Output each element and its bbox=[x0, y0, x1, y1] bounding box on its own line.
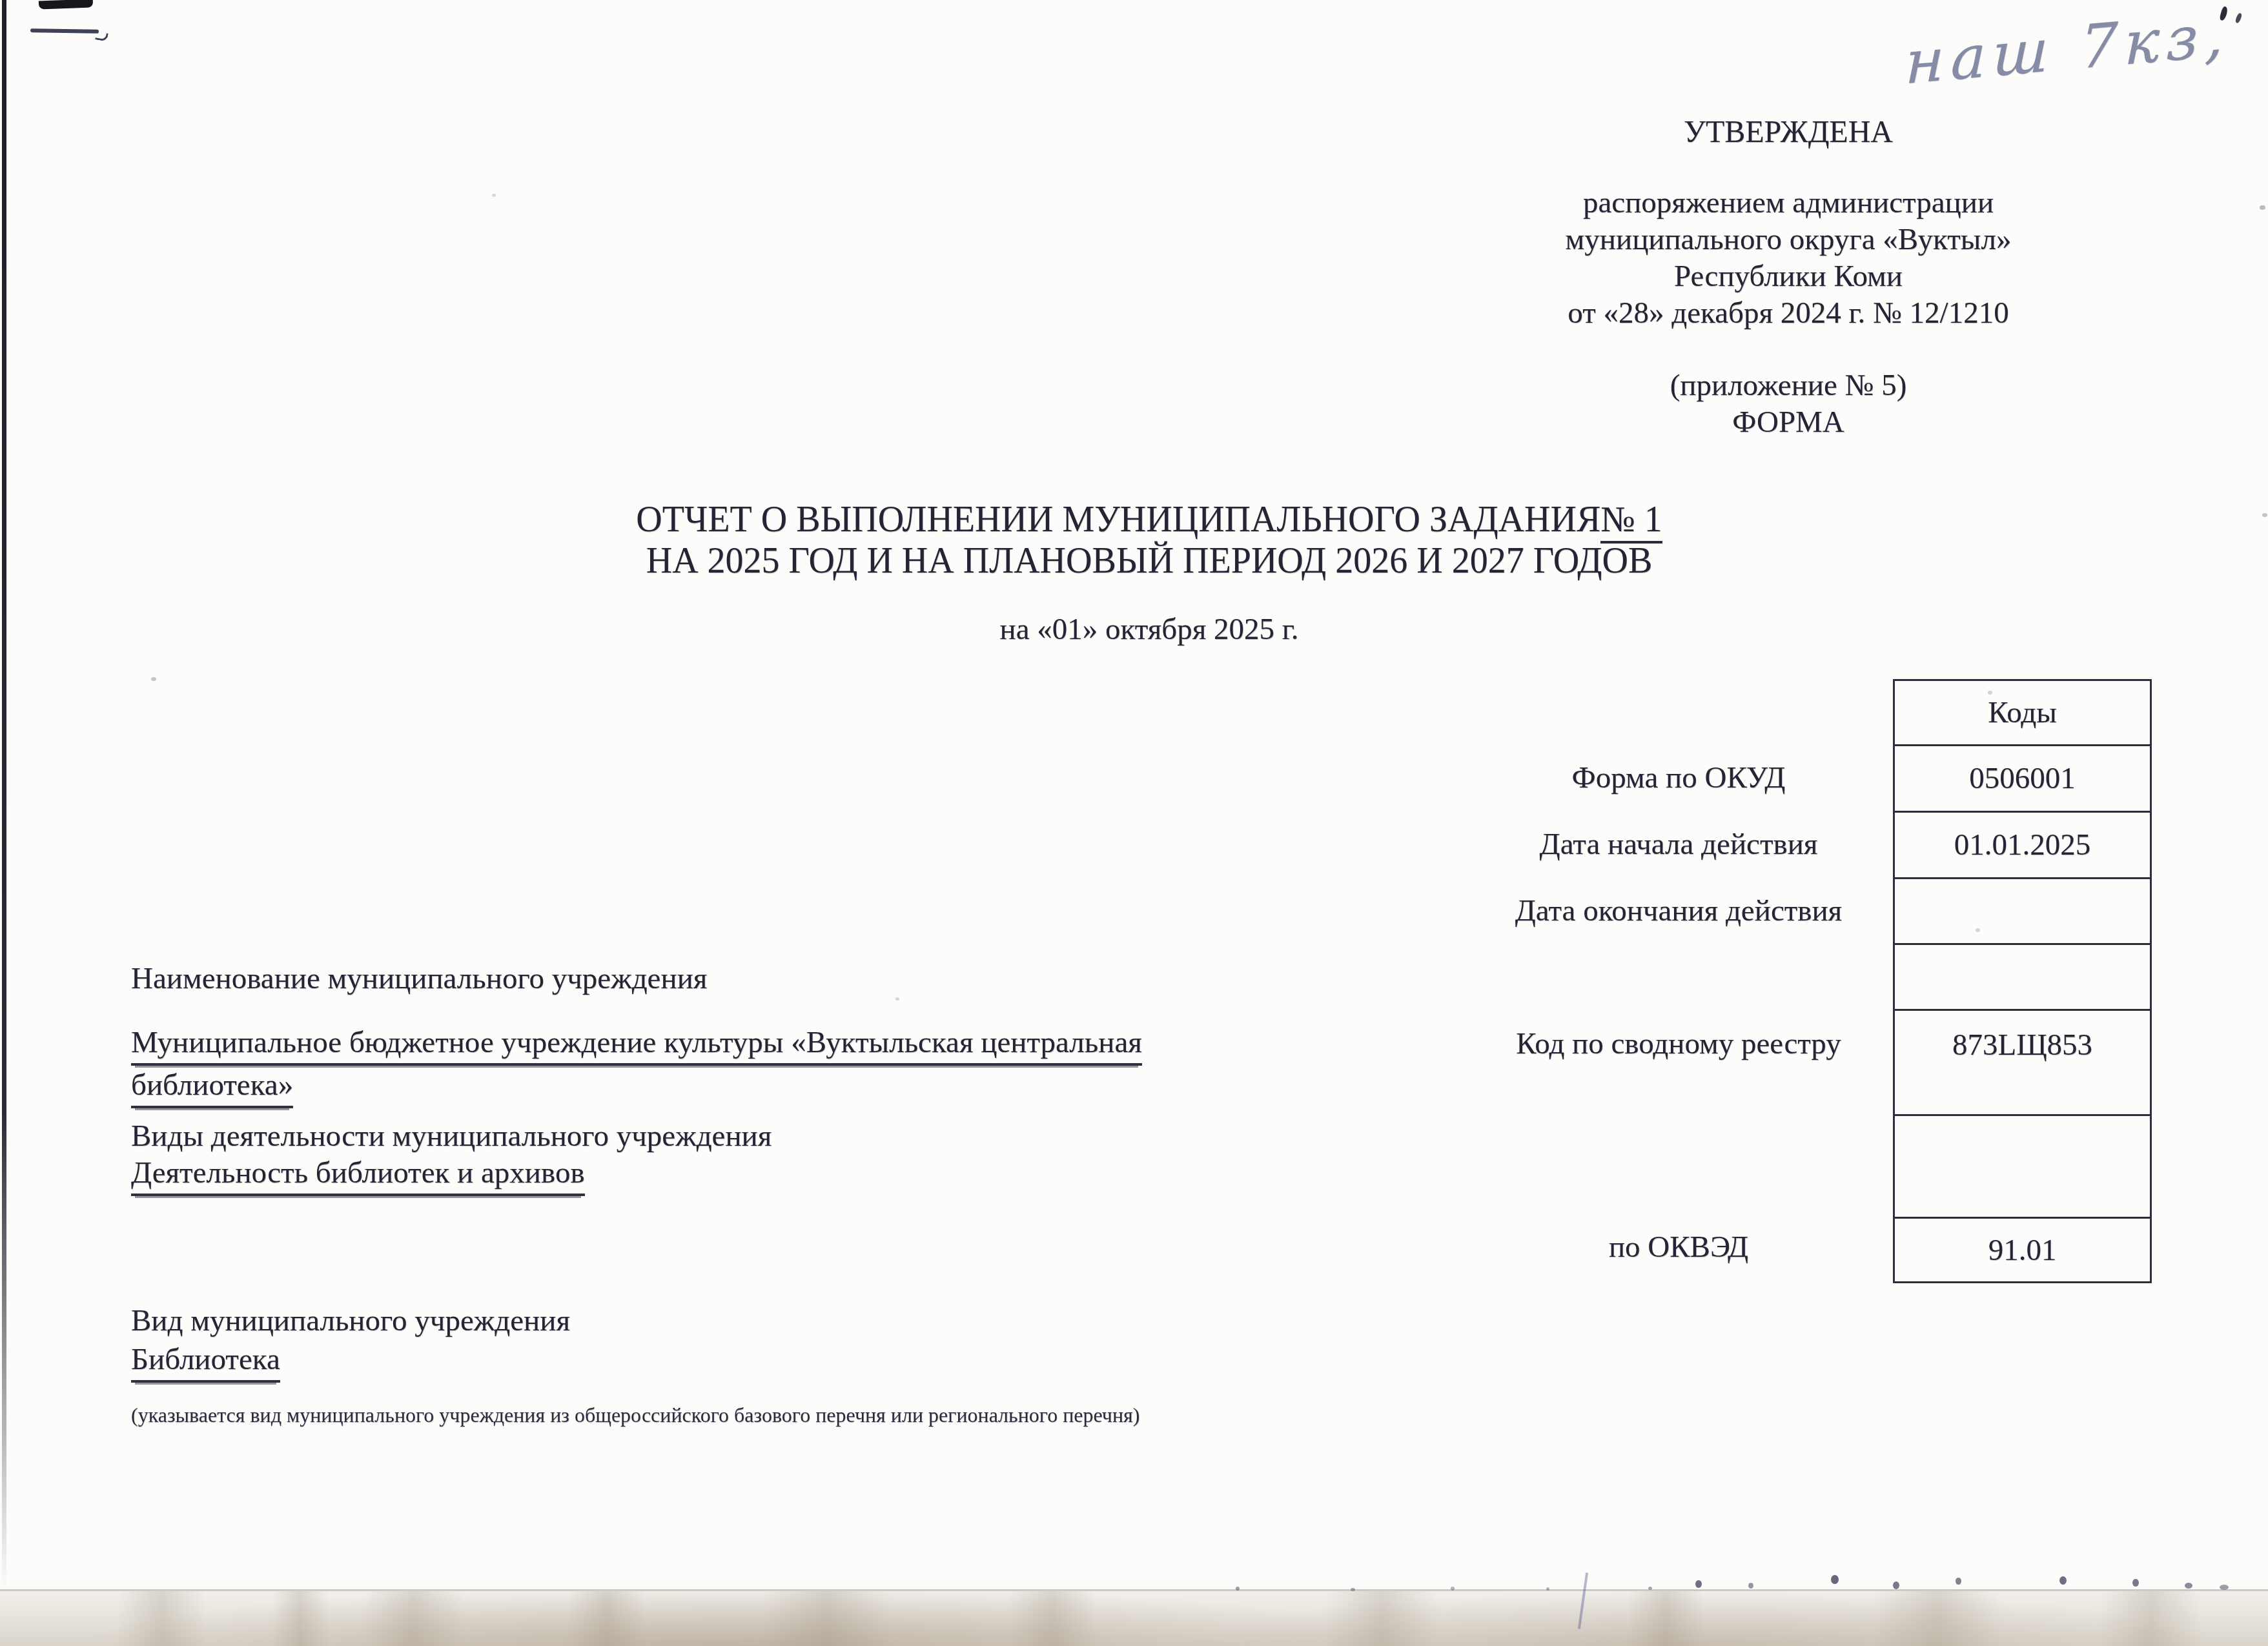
empty-cell bbox=[1895, 1114, 2150, 1217]
scan-speckle bbox=[2260, 205, 2265, 210]
label-registry-code: Код по сводному реестру bbox=[1395, 1025, 1963, 1062]
scan-speckle bbox=[895, 997, 899, 1001]
scan-speckle bbox=[1976, 928, 1980, 932]
activity-section: Виды деятельности муниципального учрежде… bbox=[131, 1118, 771, 1192]
okved-value-cell: 91.01 bbox=[1895, 1217, 2150, 1281]
type-value-text: Библиотека bbox=[131, 1343, 280, 1383]
scan-speckle bbox=[151, 677, 156, 681]
scan-streak bbox=[1627, 1591, 1704, 1646]
scan-speckle bbox=[1831, 1575, 1839, 1584]
scan-streak bbox=[362, 1591, 465, 1646]
handwritten-note: наш 7кз, bbox=[1905, 0, 2268, 97]
title-line-2: НА 2025 ГОД И НА ПЛАНОВЫЙ ПЕРИОД 2026 И … bbox=[439, 540, 1859, 582]
scan-speckle bbox=[1546, 1587, 1549, 1590]
report-date-line: на «01» октября 2025 г. bbox=[439, 611, 1859, 648]
registry-code-value-cell: 873LЩ853 bbox=[1895, 1009, 2150, 1114]
scan-speckle bbox=[1893, 1581, 1899, 1589]
scan-streak bbox=[271, 1591, 329, 1646]
activity-value-text: Деятельность библиотек и архивов bbox=[131, 1156, 585, 1196]
title-text: ОТЧЕТ О ВЫПОЛНЕНИИ МУНИЦИПАЛЬНОГО ЗАДАНИ… bbox=[636, 500, 1600, 540]
activity-value: Деятельность библиотек и архивов bbox=[131, 1155, 771, 1192]
codes-header-cell: Коды bbox=[1895, 681, 2150, 744]
scan-streak bbox=[2098, 1591, 2202, 1646]
scan-speckle bbox=[1748, 1583, 1753, 1589]
scan-speckle bbox=[1236, 1587, 1240, 1590]
type-label: Вид муниципального учреждения bbox=[131, 1301, 570, 1340]
scan-streak bbox=[568, 1591, 646, 1646]
approval-order-line: Республики Коми bbox=[1356, 258, 2221, 295]
label-date-start: Дата начала действия bbox=[1395, 826, 1963, 863]
type-value: Библиотека bbox=[131, 1340, 570, 1379]
appendix-line: (приложение № 5) bbox=[1356, 367, 2221, 404]
approved-stamp-text: УТВЕРЖДЕНА bbox=[1356, 114, 2221, 150]
scan-streak bbox=[1323, 1591, 1440, 1646]
label-okved: по ОКВЭД bbox=[1395, 1228, 1963, 1266]
label-form-okud: Форма по ОКУД bbox=[1395, 759, 1963, 797]
scan-edge-line bbox=[2, 0, 6, 1590]
type-footnote: (указывается вид муниципального учрежден… bbox=[131, 1401, 1139, 1428]
approval-block: УТВЕРЖДЕНА распоряжением администрации м… bbox=[1356, 114, 2221, 441]
codes-table: Коды 0506001 01.01.2025 873LЩ853 91.01 bbox=[1893, 679, 2152, 1283]
empty-cell bbox=[1895, 943, 2150, 1009]
form-label: ФОРМА bbox=[1356, 404, 2221, 441]
scan-speckle bbox=[2185, 1583, 2192, 1589]
scan-streak bbox=[1872, 1591, 2001, 1646]
scan-streak bbox=[116, 1591, 207, 1646]
scan-streak bbox=[762, 1591, 891, 1646]
scan-speckle bbox=[2059, 1576, 2067, 1585]
institution-name-label: Наименование муниципального учреждения bbox=[131, 960, 707, 997]
scan-speckle bbox=[2220, 1585, 2229, 1590]
scan-speckle bbox=[2262, 513, 2267, 517]
approval-order-line: распоряжением администрации bbox=[1356, 185, 2221, 221]
scan-speckle bbox=[1648, 1587, 1652, 1590]
institution-name: Муниципальное бюджетное учреждение культ… bbox=[131, 1021, 1300, 1106]
date-end-value-cell bbox=[1895, 877, 2150, 943]
pen-dash-mark bbox=[30, 28, 99, 34]
okud-value-cell: 0506001 bbox=[1895, 744, 2150, 811]
scan-speckle bbox=[1988, 691, 1992, 695]
scan-speckle bbox=[2132, 1579, 2139, 1587]
title-line-1: ОТЧЕТ О ВЫПОЛНЕНИИ МУНИЦИПАЛЬНОГО ЗАДАНИ… bbox=[439, 499, 1859, 540]
label-date-end: Дата окончания действия bbox=[1395, 892, 1963, 930]
scan-speckle bbox=[1695, 1580, 1702, 1588]
approval-order-line: от «28» декабря 2024 г. № 12/1210 bbox=[1356, 295, 2221, 332]
scan-speckle bbox=[1351, 1588, 1355, 1591]
scan-speckle bbox=[1956, 1578, 1961, 1585]
type-section: Вид муниципального учреждения Библиотека bbox=[131, 1301, 570, 1379]
approval-order-line: муниципального округа «Вуктыл» bbox=[1356, 221, 2221, 258]
document-title: ОТЧЕТ О ВЫПОЛНЕНИИ МУНИЦИПАЛЬНОГО ЗАДАНИ… bbox=[439, 499, 1859, 582]
task-number: № 1 bbox=[1600, 500, 1662, 544]
scan-speckle bbox=[492, 194, 496, 197]
ink-mark-top-left bbox=[39, 0, 93, 9]
scan-streak bbox=[1007, 1591, 1098, 1646]
scanned-report-page: наш 7кз, УТВЕРЖДЕНА распоряжением админи… bbox=[0, 0, 2268, 1646]
activity-label: Виды деятельности муниципального учрежде… bbox=[131, 1118, 771, 1155]
pen-dash-hook bbox=[95, 31, 108, 41]
date-start-value-cell: 01.01.2025 bbox=[1895, 811, 2150, 877]
scan-speckle bbox=[1451, 1587, 1455, 1590]
institution-name-text: Муниципальное бюджетное учреждение культ… bbox=[131, 1026, 1142, 1108]
